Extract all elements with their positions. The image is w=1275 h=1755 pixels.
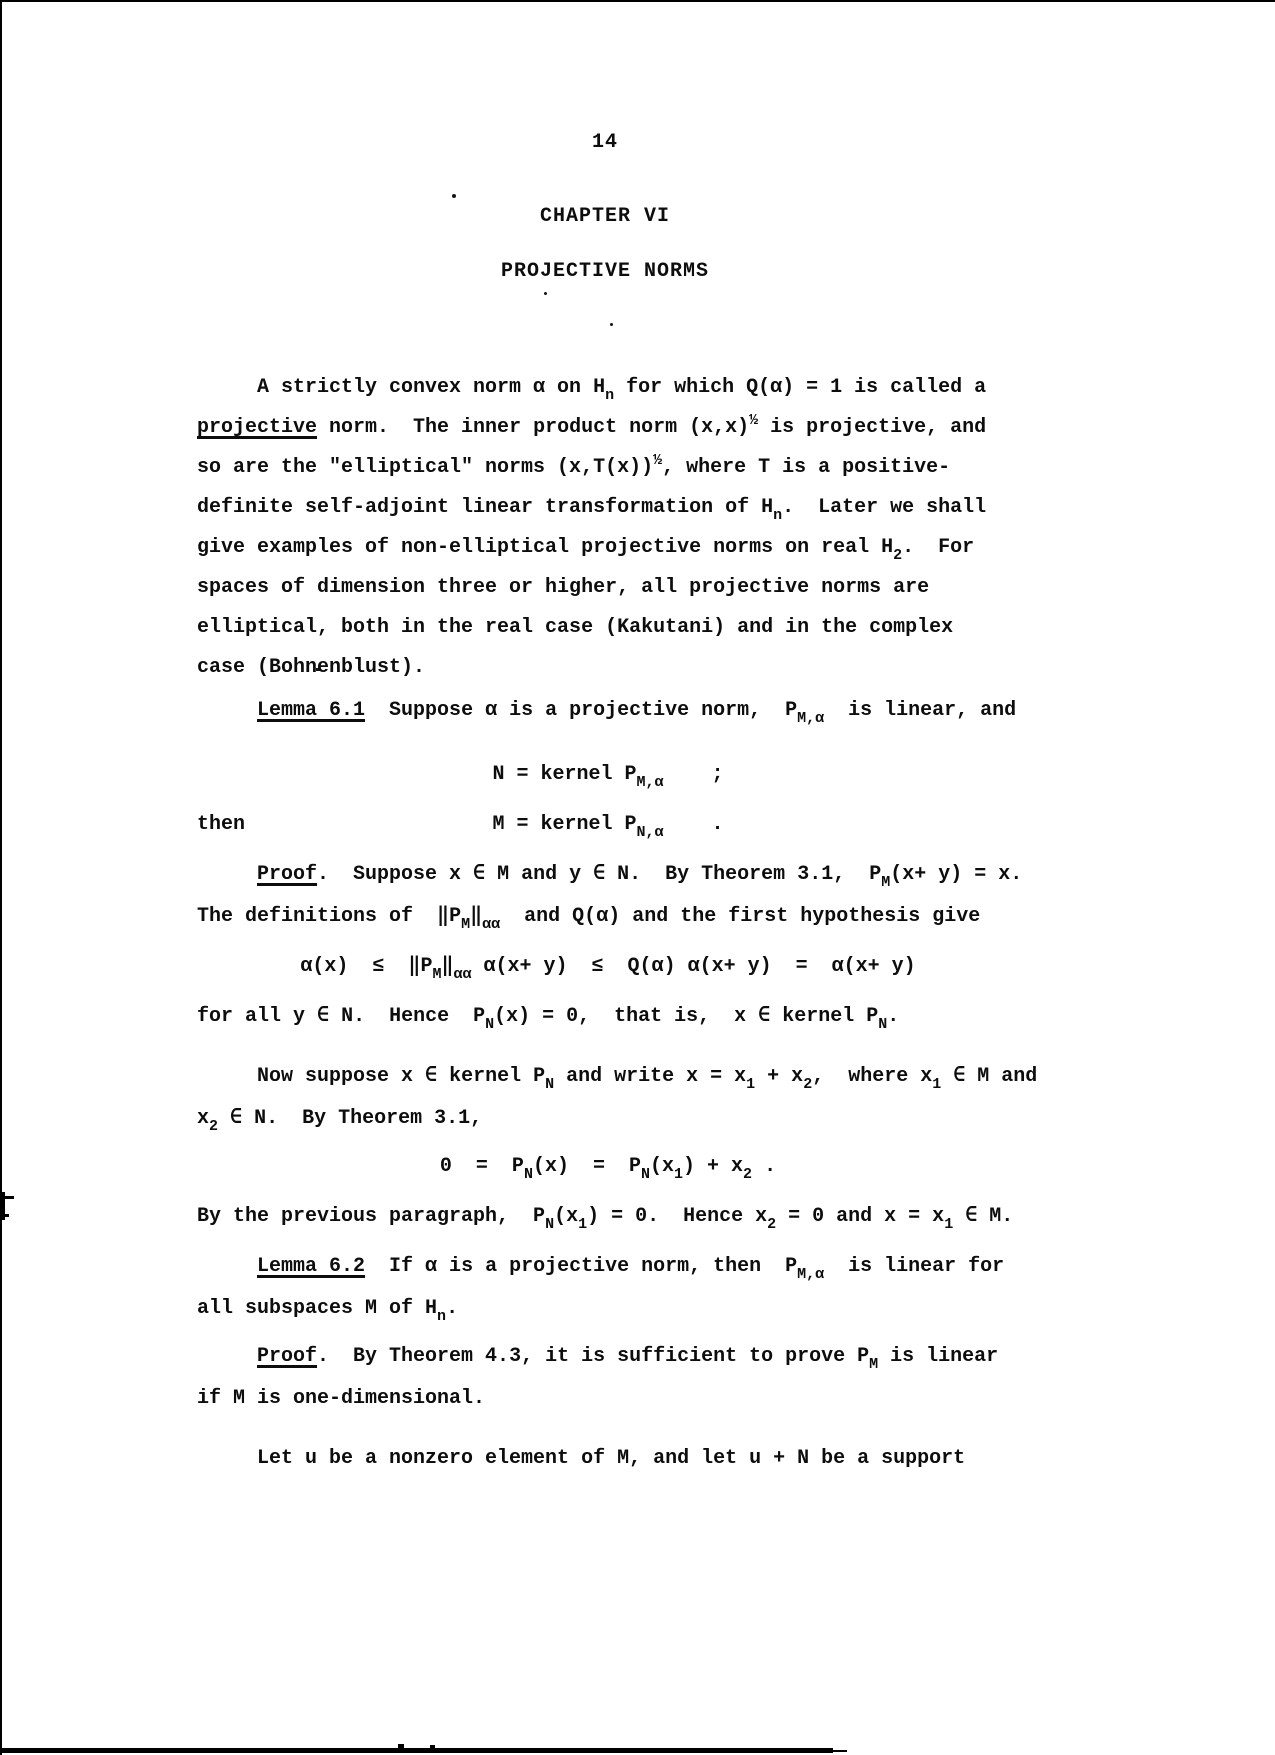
equation-kernel-n: N = kernel PM,α ; xyxy=(197,754,1019,796)
margin-bracket-tick-top xyxy=(0,1196,14,1199)
proof-6-1-paragraph-2: Now suppose x ∈ kernel PN and write x = … xyxy=(197,1056,1019,1140)
ink-speck xyxy=(610,323,613,326)
text-line: definite self-adjoint linear transformat… xyxy=(197,488,1019,528)
text-line: give examples of non-elliptical projecti… xyxy=(197,528,1019,568)
scanned-document-page: 14 CHAPTER VI PROJECTIVE NORMS A strictl… xyxy=(0,0,1275,1755)
equation-text: M = kernel PN,α . xyxy=(492,813,723,836)
equation-norm-inequality: α(x) ≤ ‖PM‖αα α(x+ y) ≤ Q(α) α(x+ y) = α… xyxy=(197,946,1019,988)
text-line: Lemma 6.2 If α is a projective norm, the… xyxy=(197,1246,1019,1288)
equation-zero-decomposition: 0 = PN(x) = PN(x1) + x2 . xyxy=(197,1146,1019,1188)
text-line: A strictly convex norm α on Hn for which… xyxy=(197,368,1019,408)
text-line: all subspaces M of Hn. xyxy=(197,1288,1019,1330)
text-line: Proof. Suppose x ∈ M and y ∈ N. By Theor… xyxy=(197,854,1019,896)
text-line: projective norm. The inner product norm … xyxy=(197,408,1019,448)
text-line: so are the "elliptical" norms (x,T(x))½,… xyxy=(197,448,1019,488)
scan-edge-top xyxy=(0,0,1275,2)
text-line: By the previous paragraph, PN(x1) = 0. H… xyxy=(197,1196,1019,1238)
text-line: The definitions of ‖PM‖αα and Q(α) and t… xyxy=(197,896,1019,938)
document-body: A strictly convex norm α on Hn for which… xyxy=(197,354,1019,1480)
proof-6-1-paragraph-1-end: for all y ∈ N. Hence PN(x) = 0, that is,… xyxy=(197,996,1019,1038)
page-number: 14 xyxy=(0,122,1210,164)
support-paragraph: Let u be a nonzero element of M, and let… xyxy=(197,1438,1019,1480)
proof-6-1-conclusion: By the previous paragraph, PN(x1) = 0. H… xyxy=(197,1196,1019,1238)
proof-6-2-paragraph-1: Proof. By Theorem 4.3, it is sufficient … xyxy=(197,1336,1019,1420)
text-line: case (Bohnenblust). xyxy=(197,648,1019,688)
text-line: for all y ∈ N. Hence PN(x) = 0, that is,… xyxy=(197,996,1019,1038)
scan-edge-bottom-tail xyxy=(833,1750,847,1752)
intro-paragraph: A strictly convex norm α on Hn for which… xyxy=(197,368,1019,688)
text-line: if M is one-dimensional. xyxy=(197,1378,1019,1420)
chapter-title: PROJECTIVE NORMS xyxy=(0,251,1210,293)
equation-kernel-m-row: thenM = kernel PN,α . xyxy=(197,804,1019,846)
text-line: Now suppose x ∈ kernel PN and write x = … xyxy=(197,1056,1019,1098)
text-line: spaces of dimension three or higher, all… xyxy=(197,568,1019,608)
margin-bracket-tick-bottom xyxy=(0,1214,9,1217)
lemma-6-2-statement: Lemma 6.2 If α is a projective norm, the… xyxy=(197,1246,1019,1330)
equation-left-label: then xyxy=(197,804,245,846)
scan-speck-bottom-2 xyxy=(430,1745,435,1748)
lemma-6-1-statement: Lemma 6.1 Suppose α is a projective norm… xyxy=(197,690,1019,732)
text-line: Lemma 6.1 Suppose α is a projective norm… xyxy=(197,690,1019,732)
text-line: Let u be a nonzero element of M, and let… xyxy=(197,1438,1019,1480)
scan-edge-bottom xyxy=(0,1748,833,1753)
text-line: elliptical, both in the real case (Kakut… xyxy=(197,608,1019,648)
proof-6-1-paragraph-1: Proof. Suppose x ∈ M and y ∈ N. By Theor… xyxy=(197,854,1019,938)
chapter-heading: CHAPTER VI xyxy=(0,196,1210,238)
text-line: x2 ∈ N. By Theorem 3.1, xyxy=(197,1098,1019,1140)
text-line: Proof. By Theorem 4.3, it is sufficient … xyxy=(197,1336,1019,1378)
scan-speck-bottom-1 xyxy=(398,1744,404,1748)
